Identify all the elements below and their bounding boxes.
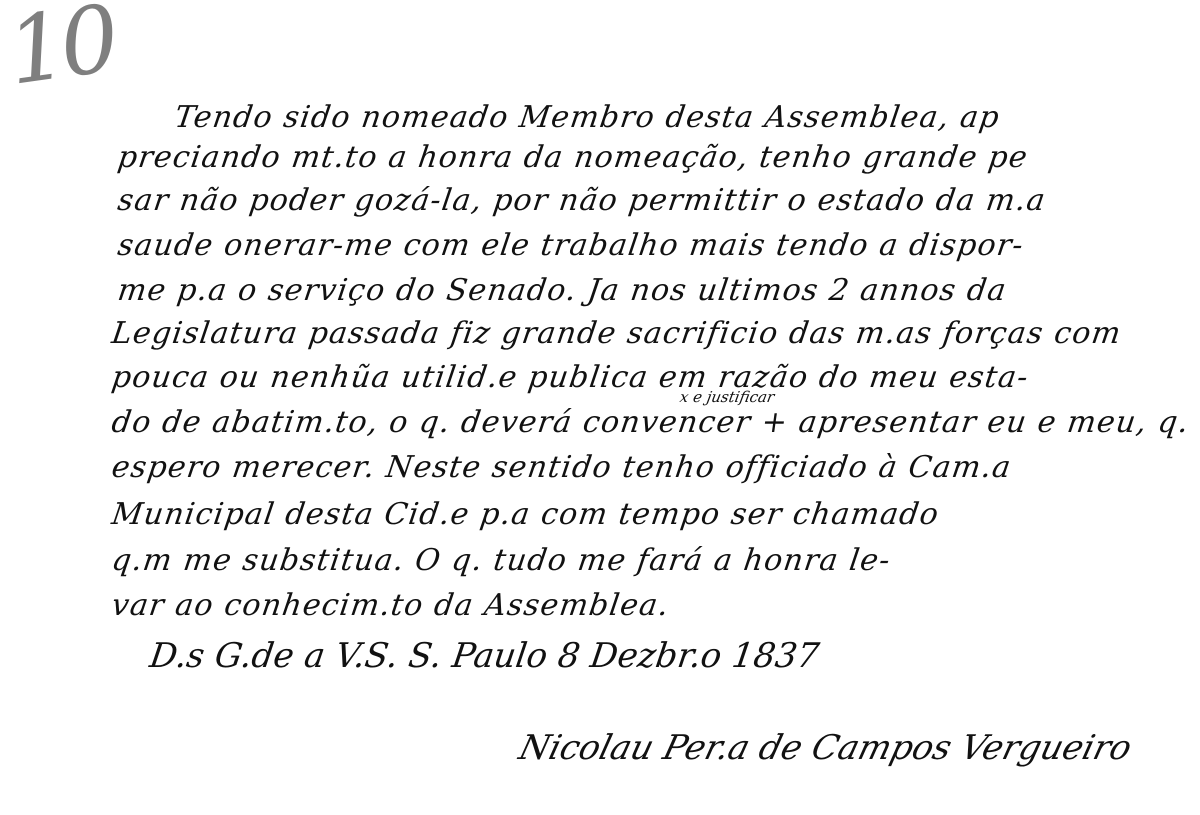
letter-line-11: q.m me substitua. O q. tudo me fará a ho… (110, 543, 894, 578)
interlinear-insertion: x e justificar (678, 388, 775, 406)
letter-line-7: pouca ou nenhũa utilid.e publica em razã… (110, 360, 1032, 395)
letter-line-10: Municipal desta Cid.e p.a com tempo ser … (110, 497, 942, 532)
letter-line-3: sar não poder gozá-la, por não permittir… (116, 183, 1049, 218)
letter-line-1: Tendo sido nomeado Membro desta Assemble… (173, 100, 1003, 135)
letter-line-8: do de abatim.to, o q. deverá convencer +… (110, 405, 1192, 440)
letter-line-5: me p.a o serviço do Senado. Ja nos ultim… (116, 273, 1010, 308)
letter-line-6: Legislatura passada fiz grande sacrifici… (110, 316, 1124, 351)
letter-line-4: saude onerar-me com ele trabalho mais te… (116, 228, 1027, 263)
page-number: 10 (1, 0, 120, 106)
signature: Nicolau Per.a de Campos Vergueiro (515, 728, 1136, 768)
letter-line-2: preciando mt.to a honra da nomeação, ten… (116, 140, 1031, 175)
closing-date-line: D.s G.de a V.S. S. Paulo 8 Dezbr.o 1837 (147, 636, 821, 676)
letter-line-9: espero merecer. Neste sentido tenho offi… (110, 450, 1014, 485)
letter-line-12: var ao conhecim.to da Assemblea. (110, 588, 672, 623)
